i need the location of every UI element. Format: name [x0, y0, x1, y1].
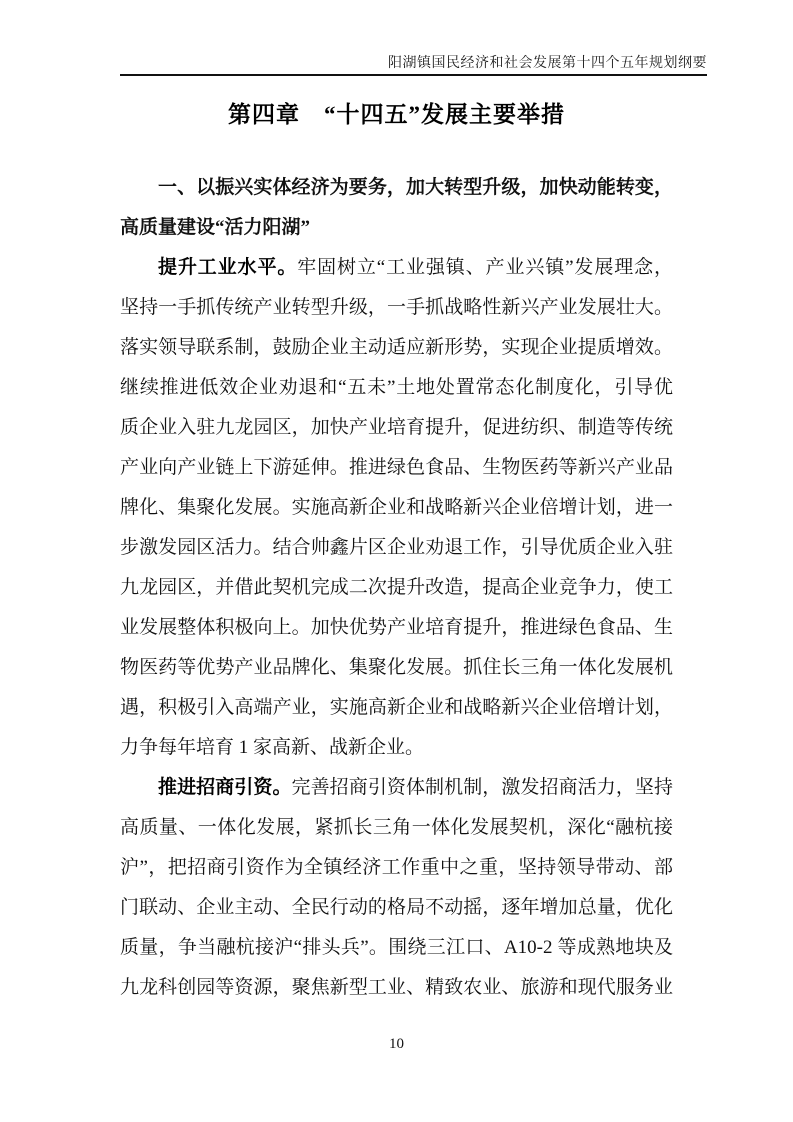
document-body: 一、以振兴实体经济为要务，加大转型升级，加快动能转变，高质量建设“活力阳湖” 提… [120, 168, 673, 1008]
paragraph-lead-bold: 推进招商引资。 [158, 777, 292, 798]
text-line: 沪”，把招商引资作为全镇经济工作重中之重，坚持领导带动、部 [120, 848, 673, 888]
header-title: 阳湖镇国民经济和社会发展第十四个五年规划纲要 [388, 52, 707, 72]
text-line: 产业向产业链上下游延伸。推进绿色食品、生物医药等新兴产业品 [120, 448, 673, 488]
section-heading: 一、以振兴实体经济为要务，加大转型升级，加快动能转变，高质量建设“活力阳湖” [120, 168, 673, 248]
text-line: 高质量建设“活力阳湖” [120, 208, 673, 248]
text-line: 遇，积极引入高端产业，实施高新企业和战略新兴企业倍增计划， [120, 688, 673, 728]
text-line: 质企业入驻九龙园区，加快产业培育提升，促进纺织、制造等传统 [120, 408, 673, 448]
paragraph-investment-promotion: 推进招商引资。完善招商引资体制机制，激发招商活力，坚持高质量、一体化发展，紧抓长… [120, 768, 673, 1008]
text-line: 九龙科创园等资源，聚焦新型工业、精致农业、旅游和现代服务业 [120, 968, 673, 1008]
text-line: 质量，争当融杭接沪“排头兵”。围绕三江口、A10-2 等成熟地块及 [120, 928, 673, 968]
text-line: 牌化、集聚化发展。实施高新企业和战略新兴企业倍增计划，进一 [120, 488, 673, 528]
page-footer: 10 [0, 1036, 793, 1053]
text-line: 提升工业水平。牢固树立“工业强镇、产业兴镇”发展理念， [120, 248, 673, 288]
text-line: 业发展整体积极向上。加快优势产业培育提升，推进绿色食品、生 [120, 608, 673, 648]
text-line: 门联动、企业主动、全民行动的格局不动摇，逐年增加总量，优化 [120, 888, 673, 928]
text-line: 坚持一手抓传统产业转型升级，一手抓战略性新兴产业发展壮大。 [120, 288, 673, 328]
chapter-title: 第四章 “十四五”发展主要举措 [0, 96, 793, 129]
text-line: 九龙园区，并借此契机完成二次提升改造，提高企业竞争力，使工 [120, 568, 673, 608]
page-number: 10 [389, 1036, 404, 1052]
text-line: 力争每年培育 1 家高新、战新企业。 [120, 728, 673, 768]
text-line: 一、以振兴实体经济为要务，加大转型升级，加快动能转变， [120, 168, 673, 208]
text-line: 继续推进低效企业劝退和“五未”土地处置常态化制度化，引导优 [120, 368, 673, 408]
text-line: 物医药等优势产业品牌化、集聚化发展。抓住长三角一体化发展机 [120, 648, 673, 688]
text-line: 步激发园区活力。结合帅鑫片区企业劝退工作，引导优质企业入驻 [120, 528, 673, 568]
paragraphs-container: 提升工业水平。牢固树立“工业强镇、产业兴镇”发展理念，坚持一手抓传统产业转型升级… [120, 248, 673, 1008]
paragraph-industry-upgrade: 提升工业水平。牢固树立“工业强镇、产业兴镇”发展理念，坚持一手抓传统产业转型升级… [120, 248, 673, 768]
document-page: 阳湖镇国民经济和社会发展第十四个五年规划纲要 第四章 “十四五”发展主要举措 一… [0, 0, 793, 1122]
text-line: 落实领导联系制，鼓励企业主动适应新形势，实现企业提质增效。 [120, 328, 673, 368]
paragraph-lead-bold: 提升工业水平。 [158, 257, 297, 278]
text-line: 推进招商引资。完善招商引资体制机制，激发招商活力，坚持 [120, 768, 673, 808]
header-rule [120, 74, 707, 76]
text-line: 高质量、一体化发展，紧抓长三角一体化发展契机，深化“融杭接 [120, 808, 673, 848]
